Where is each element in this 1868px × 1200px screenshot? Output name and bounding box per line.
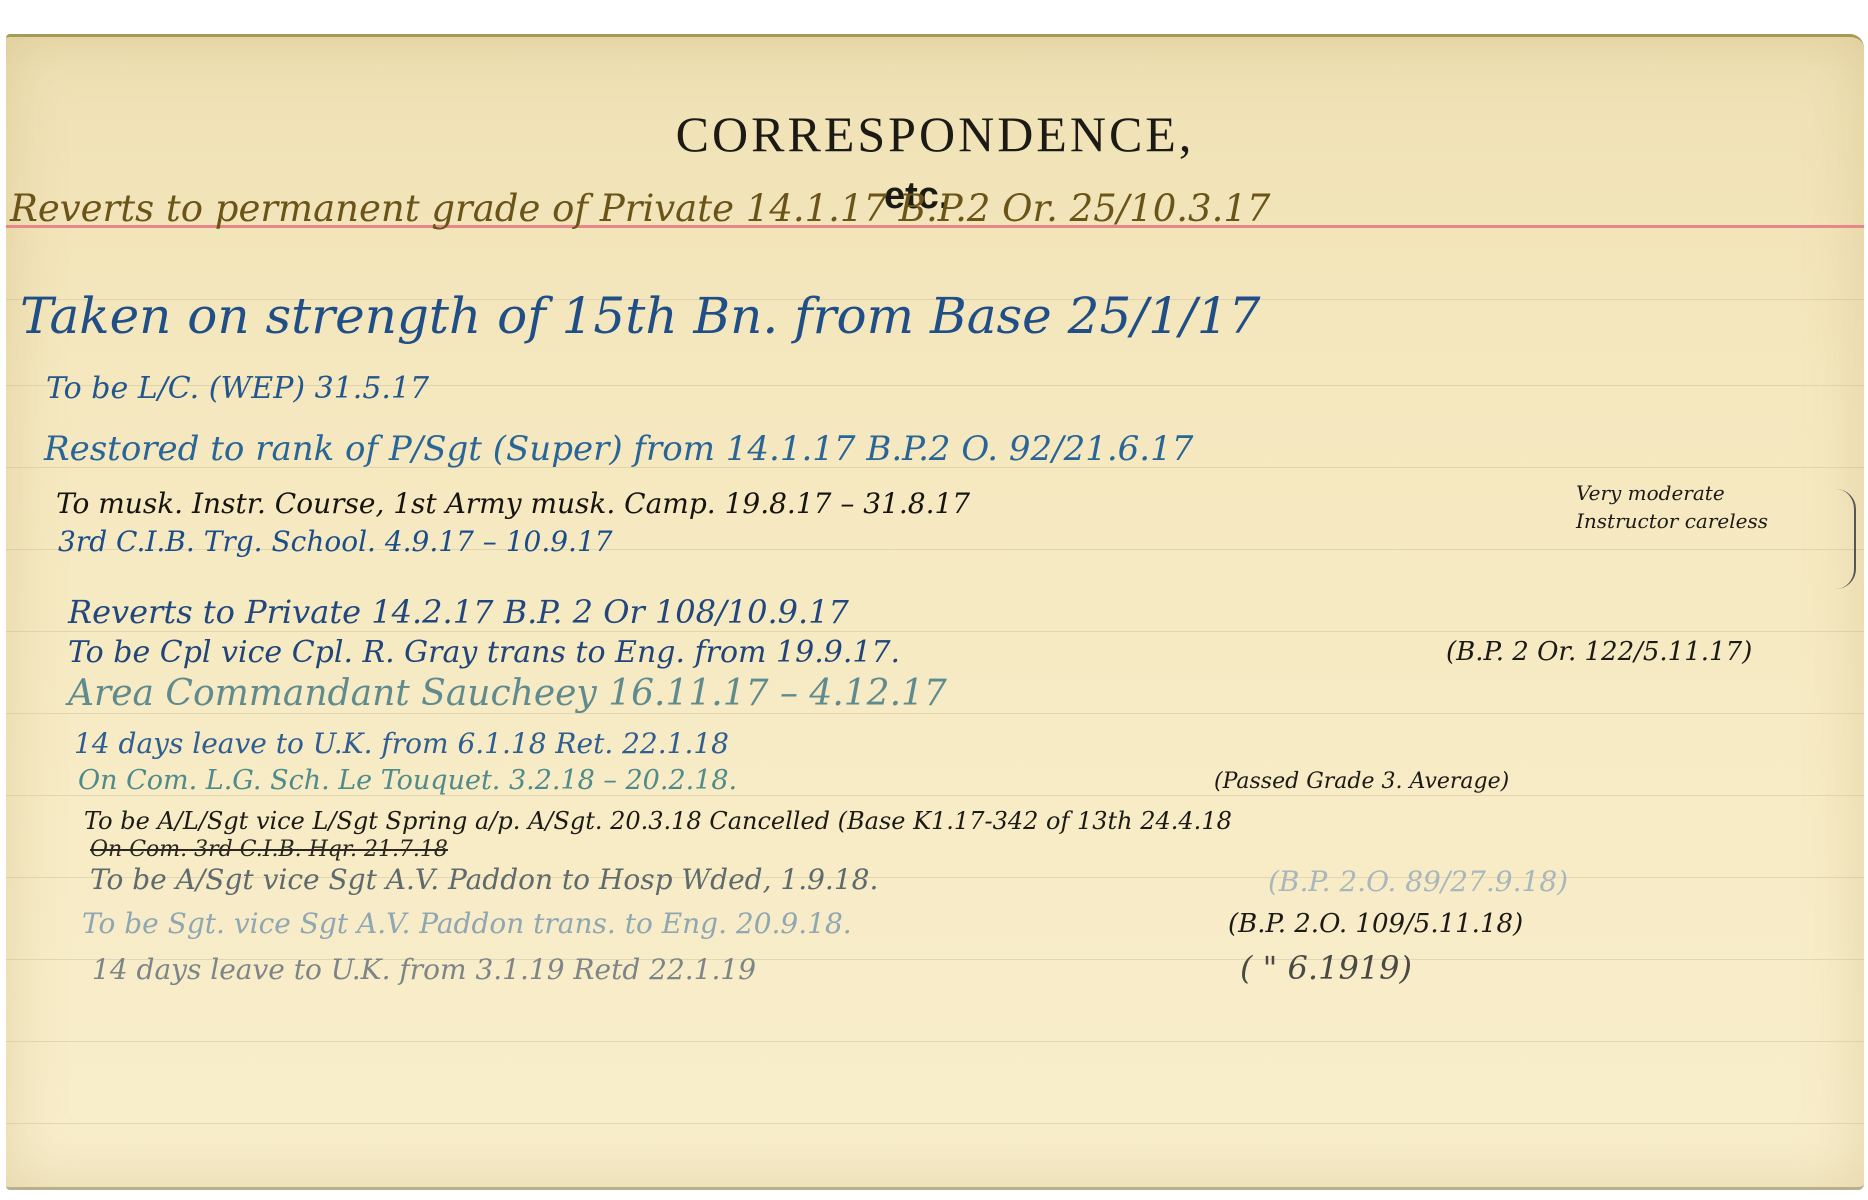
entry-to-be-lc: To be L/C. (WEP) 31.5.17 <box>46 371 429 406</box>
entry-leave-1919: 14 days leave to U.K. from 3.1.19 Retd 2… <box>92 953 756 986</box>
entry-struck-cib-hqr: On Com. 3rd C.I.B. Hqr. 21.7.18 <box>90 837 448 862</box>
entry-acting-sergeant: To be A/Sgt vice Sgt A.V. Paddon to Hosp… <box>90 863 878 896</box>
musketry-remark-line2: Instructor careless <box>1576 509 1768 533</box>
correspondence-card: CORRESPONDENCE, etc. Reverts to permanen… <box>6 34 1864 1190</box>
leave-1919-reference: ( " 6.1919) <box>1240 949 1412 987</box>
entry-reverts-permanent-grade: Reverts to permanent grade of Private 14… <box>10 187 1270 230</box>
entry-area-commandant: Area Commandant Saucheey 16.11.17 – 4.12… <box>68 673 947 714</box>
entry-taken-on-strength: Taken on strength of 15th Bn. from Base … <box>20 287 1260 345</box>
entry-leave-1918: 14 days leave to U.K. from 6.1.18 Ret. 2… <box>74 727 729 760</box>
entry-sergeant: To be Sgt. vice Sgt A.V. Paddon trans. t… <box>82 907 852 940</box>
asgt-order-reference: (B.P. 2.O. 89/27.9.18) <box>1268 865 1568 898</box>
entry-reverts-to-private: Reverts to Private 14.2.17 B.P. 2 Or 108… <box>68 593 849 631</box>
cpl-order-reference: (B.P. 2 Or. 122/5.11.17) <box>1446 637 1752 667</box>
entry-restored-rank: Restored to rank of P/Sgt (Super) from 1… <box>44 429 1193 469</box>
entry-acting-lance-sergeant: To be A/L/Sgt vice L/Sgt Spring a/p. A/S… <box>84 807 1232 835</box>
remark-bracket <box>1836 489 1856 589</box>
card-heading: CORRESPONDENCE, <box>6 105 1864 163</box>
sgt-order-reference: (B.P. 2.O. 109/5.11.18) <box>1228 909 1523 939</box>
entry-to-be-cpl: To be Cpl vice Cpl. R. Gray trans to Eng… <box>68 635 900 670</box>
entry-lewis-gun-school: On Com. L.G. Sch. Le Touquet. 3.2.18 – 2… <box>78 765 737 796</box>
entry-cib-training-school: 3rd C.I.B. Trg. School. 4.9.17 – 10.9.17 <box>58 525 613 558</box>
lg-course-result: (Passed Grade 3. Average) <box>1214 769 1509 794</box>
musketry-remark-line1: Very moderate <box>1576 481 1725 505</box>
entry-musketry-course: To musk. Instr. Course, 1st Army musk. C… <box>56 487 970 520</box>
